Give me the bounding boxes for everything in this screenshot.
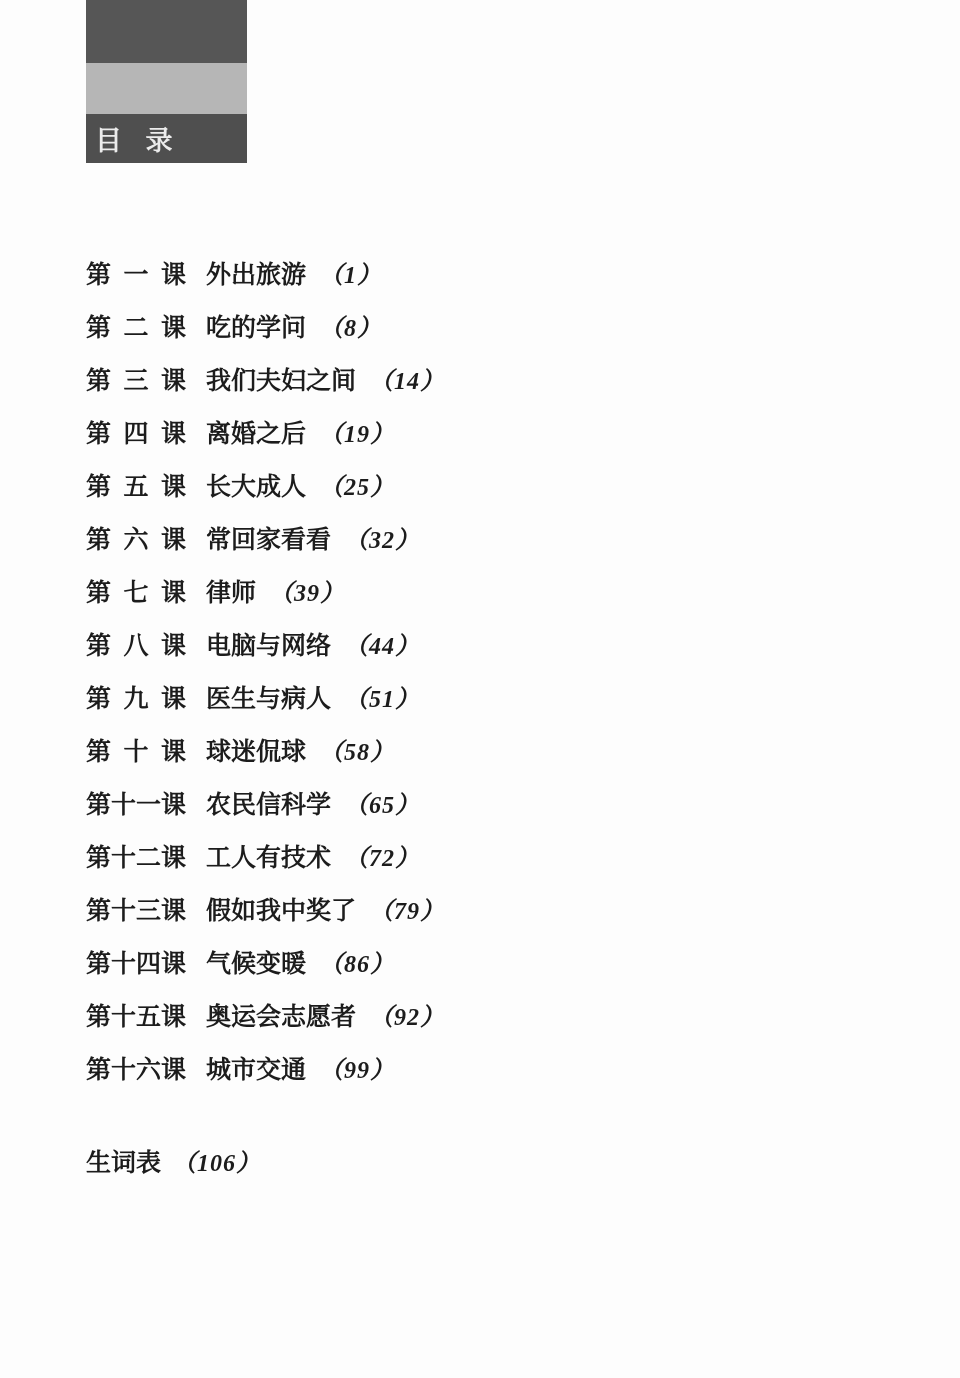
lesson-title: 气候变暖 [206, 944, 306, 980]
vocab-page-number: （106） [172, 1143, 261, 1178]
lesson-number: 第 三 课 [86, 361, 186, 397]
toc-entry: 第 九 课 医生与病人 （51） [86, 670, 786, 723]
lesson-page-number: （25） [319, 467, 395, 502]
lesson-title: 电脑与网络 [206, 626, 331, 662]
toc-entry: 第 十 课 球迷侃球 （58） [86, 723, 786, 776]
toc-entry: 第 六 课 常回家看看 （32） [86, 511, 786, 564]
lesson-page-number: （19） [319, 414, 395, 449]
toc-list: 第 一 课 外出旅游 （1） 第 二 课 吃的学问 （8） 第 三 课 我们夫妇… [86, 246, 786, 1187]
lesson-number: 第 九 课 [86, 679, 186, 715]
lesson-title: 工人有技术 [206, 838, 331, 874]
lesson-title: 农民信科学 [206, 785, 331, 821]
lesson-number: 第十六课 [86, 1050, 186, 1086]
lesson-title: 城市交通 [206, 1050, 306, 1086]
lesson-title: 外出旅游 [206, 255, 306, 291]
lesson-page-number: （72） [344, 838, 420, 873]
lesson-page-number: （39） [269, 573, 345, 608]
lesson-title: 离婚之后 [206, 414, 306, 450]
lesson-number: 第十一课 [86, 785, 186, 821]
lesson-page-number: （79） [369, 891, 445, 926]
lesson-page-number: （92） [369, 997, 445, 1032]
lesson-page-number: （86） [319, 944, 395, 979]
lesson-page-number: （65） [344, 785, 420, 820]
toc-entry: 第十六课 城市交通 （99） [86, 1041, 786, 1094]
lesson-number: 第 十 课 [86, 732, 186, 768]
lesson-number: 第十五课 [86, 997, 186, 1033]
lesson-number: 第 八 课 [86, 626, 186, 662]
lesson-page-number: （14） [369, 361, 445, 396]
lesson-number: 第十三课 [86, 891, 186, 927]
lesson-title: 吃的学问 [206, 308, 306, 344]
toc-entry: 第 七 课 律师 （39） [86, 564, 786, 617]
toc-entry: 第十四课 气候变暖 （86） [86, 935, 786, 988]
lesson-number: 第 一 课 [86, 255, 186, 291]
vocab-entry: 生词表 （106） [86, 1134, 786, 1187]
lesson-number: 第十二课 [86, 838, 186, 874]
toc-entry: 第 一 课 外出旅游 （1） [86, 246, 786, 299]
lesson-title: 常回家看看 [206, 520, 331, 556]
lesson-page-number: （8） [319, 308, 382, 343]
lesson-number: 第 五 课 [86, 467, 186, 503]
toc-page: { "header": { "title": "目 录" }, "toc": {… [0, 0, 960, 1378]
toc-entry: 第 八 课 电脑与网络 （44） [86, 617, 786, 670]
lesson-number: 第 二 课 [86, 308, 186, 344]
toc-entry: 第十三课 假如我中奖了 （79） [86, 882, 786, 935]
lesson-title: 假如我中奖了 [206, 891, 356, 927]
page-title: 目 录 [86, 114, 247, 163]
lesson-page-number: （32） [344, 520, 420, 555]
lesson-page-number: （51） [344, 679, 420, 714]
toc-entry: 第十五课 奥运会志愿者 （92） [86, 988, 786, 1041]
lesson-title: 我们夫妇之间 [206, 361, 356, 397]
toc-entry: 第 二 课 吃的学问 （8） [86, 299, 786, 352]
lesson-page-number: （1） [319, 255, 382, 290]
lesson-title: 奥运会志愿者 [206, 997, 356, 1033]
toc-entry: 第 三 课 我们夫妇之间 （14） [86, 352, 786, 405]
header-banner: 目 录 [86, 0, 247, 163]
lesson-title: 长大成人 [206, 467, 306, 503]
lesson-number: 第 四 课 [86, 414, 186, 450]
lesson-title: 医生与病人 [206, 679, 331, 715]
lesson-page-number: （44） [344, 626, 420, 661]
lesson-title: 律师 [206, 573, 256, 609]
lesson-number: 第 七 课 [86, 573, 186, 609]
toc-entry: 第十一课 农民信科学 （65） [86, 776, 786, 829]
lesson-page-number: （99） [319, 1050, 395, 1085]
banner-dark-band [86, 0, 247, 63]
toc-entry: 第 五 课 长大成人 （25） [86, 458, 786, 511]
lesson-page-number: （58） [319, 732, 395, 767]
vocab-title: 生词表 [86, 1143, 161, 1179]
lesson-number: 第 六 课 [86, 520, 186, 556]
toc-entry: 第 四 课 离婚之后 （19） [86, 405, 786, 458]
toc-entry: 第十二课 工人有技术 （72） [86, 829, 786, 882]
lesson-title: 球迷侃球 [206, 732, 306, 768]
lesson-number: 第十四课 [86, 944, 186, 980]
banner-light-band [86, 63, 247, 114]
